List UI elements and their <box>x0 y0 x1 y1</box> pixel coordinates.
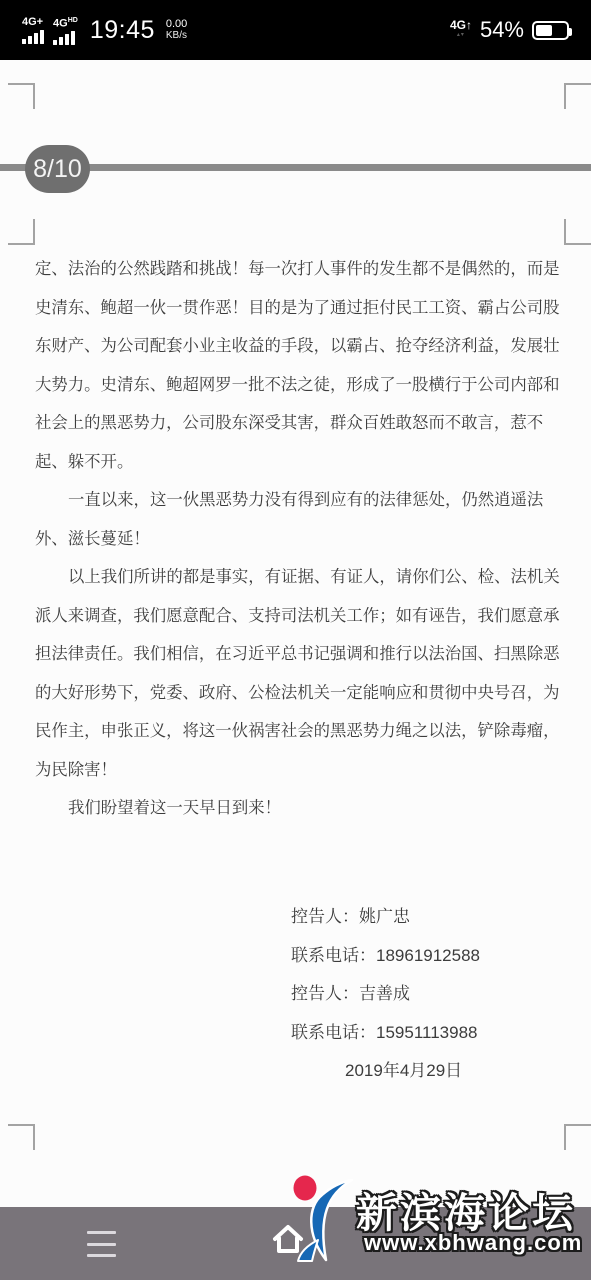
document-line: 以上我们所讲的都是事实，有证据、有证人，请你们公、检、法机关 <box>35 558 565 597</box>
signal-label-4gplus: 4G+ <box>22 17 43 28</box>
document-line: 我们盼望着这一天早日到来！ <box>35 789 565 828</box>
network-speed-unit: KB/s <box>166 30 187 41</box>
corner-mark-mid-left <box>8 219 35 245</box>
signature-line: 控告人：姚广忠 <box>291 898 480 937</box>
document-text: 定、法治的公然践踏和挑战！每一次打人事件的发生都不是偶然的，而是史清东、鲍超一伙… <box>35 250 565 828</box>
document-line: 定、法治的公然践踏和挑战！每一次打人事件的发生都不是偶然的，而是 <box>35 250 565 289</box>
signal-bars-icon <box>22 30 44 44</box>
status-bar: 4G+ 4GHD 19:45 0.00 KB/s 4G↑ ▴▾ 54% <box>0 0 591 60</box>
document-line: 一直以来，这一伙黑恶势力没有得到应有的法律惩处，仍然逍遥法 <box>35 481 565 520</box>
status-bar-left: 4G+ 4GHD 19:45 0.00 KB/s <box>22 0 187 60</box>
page-indicator-badge: 8/10 <box>25 145 90 193</box>
document-line: 的大好形势下，党委、政府、公检法机关一定能响应和贯彻中央号召，为 <box>35 674 565 713</box>
corner-mark-top-right <box>564 83 591 109</box>
battery-percent: 54% <box>480 17 524 43</box>
hamburger-icon <box>87 1231 116 1234</box>
document-line: 社会上的黑恶势力，公司股东深受其害，群众百姓敢怒而不敢言，惹不 <box>35 404 565 443</box>
signature-block: 控告人：姚广忠联系电话：18961912588控告人：吉善成联系电话：15951… <box>291 898 480 1091</box>
status-bar-right: 4G↑ ▴▾ 54% <box>450 0 569 60</box>
battery-fill-level <box>536 25 552 36</box>
signature-line: 控告人：吉善成 <box>291 975 480 1014</box>
clock-time: 19:45 <box>90 16 155 45</box>
battery-nub <box>569 28 572 36</box>
document-line: 起、躲不开。 <box>35 443 565 482</box>
signature-date: 2019年4月29日 <box>291 1052 480 1091</box>
network-speed-value: 0.00 <box>166 19 187 30</box>
signature-line: 联系电话：15951113988 <box>291 1014 480 1053</box>
menu-button[interactable] <box>84 1229 120 1259</box>
document-line: 外、滋长蔓延！ <box>35 520 565 559</box>
signal-bars-icon <box>53 31 75 45</box>
document-line: 史清东、鲍超一伙一贯作恶！目的是为了通过拒付民工工资、霸占公司股 <box>35 289 565 328</box>
signature-lines: 控告人：姚广忠联系电话：18961912588控告人：吉善成联系电话：15951… <box>291 898 480 1052</box>
signal-strength-icon-4gplus: 4G+ <box>22 17 44 44</box>
battery-icon <box>532 21 569 40</box>
corner-mark-top-left <box>8 83 35 109</box>
document-line: 东财产、为公司配套小业主收益的手段，以霸占、抢夺经济利益，发展壮 <box>35 327 565 366</box>
network-activity-arrows-icon: ▴▾ <box>457 30 465 40</box>
network-speed: 0.00 KB/s <box>166 19 187 41</box>
document-line: 担法律责任。我们相信，在习近平总书记强调和推行以法治国、扫黑除恶 <box>35 635 565 674</box>
phone-screen: 4G+ 4GHD 19:45 0.00 KB/s 4G↑ ▴▾ 54% <box>0 0 591 1280</box>
corner-mark-bottom-left <box>8 1124 35 1150</box>
document-line: 派人来调查，我们愿意配合、支持司法机关工作；如有诬告，我们愿意承 <box>35 597 565 636</box>
corner-mark-mid-right <box>564 219 591 245</box>
document-line: 民作主，申张正义，将这一伙祸害社会的黑恶势力绳之以法，铲除毒瘤， <box>35 712 565 751</box>
network-type-indicator: 4G↑ ▴▾ <box>450 20 472 40</box>
signature-line: 联系电话：18961912588 <box>291 937 480 976</box>
signal-strength-icon-4ghd: 4GHD <box>53 15 78 46</box>
corner-mark-bottom-right <box>564 1124 591 1150</box>
document-line: 大势力。史清东、鲍超网罗一批不法之徒，形成了一股横行于公司内部和 <box>35 366 565 405</box>
document-line: 为民除害！ <box>35 751 565 790</box>
signal-label-4ghd: 4GHD <box>53 15 78 30</box>
